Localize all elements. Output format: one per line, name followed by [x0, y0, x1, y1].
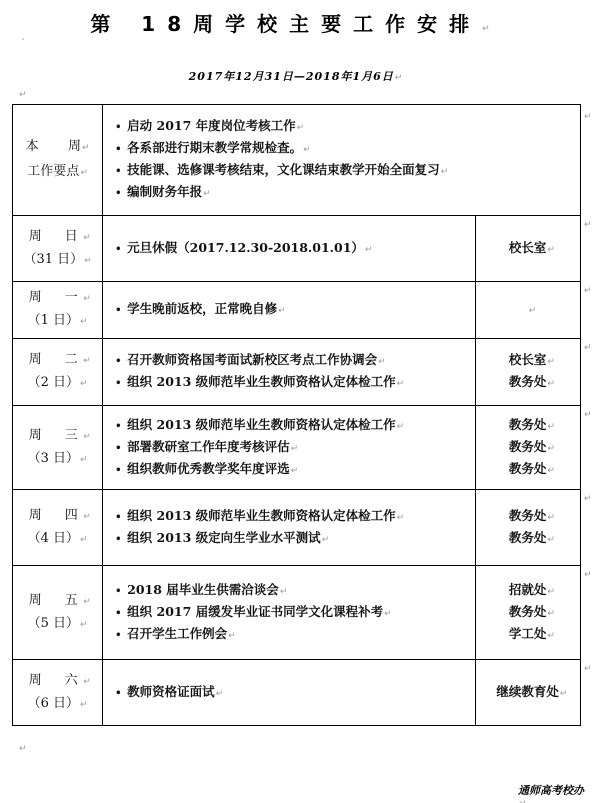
paragraph-mark-icon: ↵	[547, 444, 555, 454]
paragraph-mark-icon: ↵	[83, 294, 91, 304]
paragraph-mark-icon: ↵	[529, 306, 537, 316]
paragraph-mark-icon: ↵	[83, 432, 91, 442]
summary-item: •启动 2017 年度岗位考核工作↵	[115, 116, 580, 138]
paragraph-mark-icon: ↵	[397, 513, 405, 523]
date-label: （6 日）↵	[13, 693, 102, 716]
paragraph-mark-icon: ↵	[584, 220, 592, 230]
summary-item-text: 启动 2017 年度岗位考核工作	[127, 118, 296, 133]
dept-cell: 继续教育处↵	[475, 660, 580, 726]
task-text: 组织 2013 级定向生学业水平测试	[127, 530, 321, 545]
date-range-text: 2017年12月31日—2018年1月6日	[189, 70, 394, 83]
weekday-char: 周	[24, 505, 46, 527]
title-text: 第 18周学校主要工作安排	[90, 12, 481, 36]
bullet-icon: •	[115, 184, 127, 203]
dept-text: 教务处	[509, 508, 547, 523]
dept-text: 招就处	[509, 582, 547, 597]
summary-label-text: 工作要点	[27, 164, 79, 179]
dept-text: 教务处	[509, 604, 547, 619]
weekday-char: 周	[24, 226, 46, 248]
dept-item: 教务处↵	[476, 602, 580, 624]
weekday-label: 周一↵	[13, 287, 102, 310]
bullet-icon: •	[115, 461, 127, 480]
paragraph-mark-icon: ↵	[83, 597, 91, 607]
paragraph-mark-icon: ↵	[80, 620, 88, 630]
paragraph-mark-icon: ↵	[547, 535, 555, 545]
weekday-char: 四	[60, 505, 82, 527]
paragraph-mark-icon: ↵	[80, 379, 88, 389]
weekday-label: 周二↵	[13, 349, 102, 372]
paragraph-mark-icon: ↵	[19, 744, 27, 754]
weekday-char: 周	[24, 349, 46, 371]
paragraph-mark-icon: ↵	[378, 357, 386, 367]
day-label-cell: 周五↵ （5 日）↵	[13, 566, 103, 660]
paragraph-mark-icon: ↵	[80, 317, 88, 327]
paragraph-mark-icon: ↵	[80, 168, 88, 178]
task-text: 组织教师优秀教学奖年度评选	[127, 461, 290, 476]
summary-label-line1: 本 周↵	[26, 135, 90, 160]
task-item: •召开学生工作例会↵	[115, 624, 475, 646]
task-item: •组织 2013 级师范毕业生教师资格认定体检工作↵	[115, 506, 475, 528]
stray-dot	[22, 38, 24, 40]
dept-text: 校长室	[509, 352, 547, 367]
paragraph-mark-icon: ↵	[84, 256, 92, 266]
bullet-icon: •	[115, 626, 127, 645]
dept-text: 教务处	[509, 530, 547, 545]
task-item: •元旦休假（2017.12.30-2018.01.01）↵	[115, 238, 475, 260]
summary-label-line2: 工作要点↵	[13, 160, 102, 185]
weekday-char: 二	[60, 349, 82, 371]
dept-cell: 校长室↵ 教务处↵	[475, 339, 580, 406]
paragraph-mark-icon: ↵	[291, 444, 299, 454]
bullet-icon: •	[115, 439, 127, 458]
task-text: 元旦休假（2017.12.30-2018.01.01）	[127, 240, 364, 255]
weekday-char: 日	[60, 226, 82, 248]
paragraph-mark-icon: ↵	[547, 609, 555, 619]
summary-item: •技能课、选修课考核结束，文化课结束教学开始全面复习↵	[115, 160, 580, 182]
paragraph-mark-icon: ↵	[280, 587, 288, 597]
date-text: （5 日）	[28, 616, 79, 631]
dept-text: 教务处	[509, 439, 547, 454]
paragraph-mark-icon: ↵	[441, 167, 449, 177]
dept-cell: ↵	[475, 282, 580, 339]
task-text: 组织 2013 级师范毕业生教师资格认定体检工作	[127, 417, 396, 432]
task-text: 组织 2013 级师范毕业生教师资格认定体检工作	[127, 508, 396, 523]
task-item: •组织 2013 级师范毕业生教师资格认定体检工作↵	[115, 372, 475, 394]
bullet-icon: •	[115, 604, 127, 623]
task-item: •召开教师资格国考面试新校区考点工作协调会↵	[115, 350, 475, 372]
bullet-icon: •	[115, 301, 127, 320]
summary-label-char: 周	[68, 139, 81, 154]
task-text: 2018 届毕业生供需洽谈会	[127, 582, 279, 597]
task-item: •组织教师优秀教学奖年度评选↵	[115, 459, 475, 481]
bullet-icon: •	[115, 417, 127, 436]
day-label-cell: 周四↵ （4 日）↵	[13, 490, 103, 566]
paragraph-mark-icon: ↵	[584, 343, 592, 353]
paragraph-mark-icon: ↵	[303, 145, 311, 155]
summary-label-cell: 本 周↵ 工作要点↵	[13, 105, 103, 216]
paragraph-mark-icon: ↵	[584, 570, 592, 580]
task-item: •2018 届毕业生供需洽谈会↵	[115, 580, 475, 602]
bullet-icon: •	[115, 352, 127, 371]
task-cell: •学生晚前返校，正常晚自修↵	[103, 282, 476, 339]
paragraph-mark-icon: ↵	[584, 286, 592, 296]
dept-cell: 校长室↵	[475, 216, 580, 282]
weekday-char: 六	[60, 670, 82, 692]
weekday-char: 周	[24, 670, 46, 692]
weekday-label: 周三↵	[13, 425, 102, 448]
paragraph-mark-icon: ↵	[384, 609, 392, 619]
paragraph-mark-icon: ↵	[80, 535, 88, 545]
summary-item-text: 技能课、选修课考核结束，文化课结束教学开始全面复习	[127, 162, 440, 177]
date-label: （2 日）↵	[13, 372, 102, 395]
task-text: 学生晚前返校，正常晚自修	[127, 301, 277, 316]
date-label: （1 日）↵	[13, 310, 102, 333]
bullet-icon: •	[115, 162, 127, 181]
date-label: （5 日）↵	[13, 613, 102, 636]
weekday-label: 周日↵	[13, 226, 102, 249]
paragraph-mark-icon: ↵	[80, 455, 88, 465]
paragraph-mark-icon: ↵	[482, 24, 502, 34]
summary-item: •各系部进行期末教学常规检查。↵	[115, 138, 580, 160]
day-row-monday: 周一↵ （1 日）↵ •学生晚前返校，正常晚自修↵ ↵	[13, 282, 581, 339]
dept-text: 教务处	[509, 461, 547, 476]
task-item: •组织 2017 届缓发毕业证书同学文化课程补考↵	[115, 602, 475, 624]
date-label: （4 日）↵	[13, 528, 102, 551]
bullet-icon: •	[115, 240, 127, 259]
date-text: （6 日）	[28, 696, 79, 711]
dept-item: 继续教育处↵	[476, 682, 580, 704]
day-label-cell: 周六↵ （6 日）↵	[13, 660, 103, 726]
day-label-cell: 周二↵ （2 日）↵	[13, 339, 103, 406]
paragraph-mark-icon: ↵	[547, 587, 555, 597]
day-row-saturday: 周六↵ （6 日）↵ •教师资格证面试↵ 继续教育处↵	[13, 660, 581, 726]
paragraph-mark-icon: ↵	[584, 494, 592, 504]
summary-item-text: 编制财务年报	[127, 184, 202, 199]
task-item: •部署教研室工作年度考核评估↵	[115, 437, 475, 459]
task-text: 召开教师资格国考面试新校区考点工作协调会	[127, 352, 377, 367]
paragraph-mark-icon: ↵	[83, 233, 91, 243]
paragraph-mark-icon: ↵	[519, 799, 527, 803]
task-cell: •召开教师资格国考面试新校区考点工作协调会↵ •组织 2013 级师范毕业生教师…	[103, 339, 476, 406]
paragraph-mark-icon: ↵	[397, 422, 405, 432]
paragraph-mark-icon: ↵	[547, 513, 555, 523]
date-text: （3 日）	[28, 451, 79, 466]
summary-items-cell: •启动 2017 年度岗位考核工作↵ •各系部进行期末教学常规检查。↵ •技能课…	[103, 105, 581, 216]
day-row-tuesday: 周二↵ （2 日）↵ •召开教师资格国考面试新校区考点工作协调会↵ •组织 20…	[13, 339, 581, 406]
paragraph-mark-icon: ↵	[216, 689, 224, 699]
day-label-cell: 周三↵ （3 日）↵	[13, 406, 103, 490]
weekday-char: 三	[60, 425, 82, 447]
dept-text: 教务处	[509, 417, 547, 432]
task-item: •教师资格证面试↵	[115, 682, 475, 704]
summary-item: •编制财务年报↵	[115, 182, 580, 204]
date-label: （31 日）↵	[13, 249, 102, 272]
paragraph-mark-icon: ↵	[547, 422, 555, 432]
paragraph-mark-icon: ↵	[584, 112, 592, 122]
day-row-wednesday: 周三↵ （3 日）↵ •组织 2013 级师范毕业生教师资格认定体检工作↵ •部…	[13, 406, 581, 490]
paragraph-mark-icon: ↵	[547, 466, 555, 476]
paragraph-mark-icon: ↵	[228, 631, 236, 641]
dept-item: 学工处↵	[476, 624, 580, 646]
paragraph-mark-icon: ↵	[19, 90, 27, 100]
weekday-char: 周	[24, 590, 46, 612]
bullet-icon: •	[115, 530, 127, 549]
weekday-char: 周	[24, 287, 46, 309]
dept-item: 教务处↵	[476, 506, 580, 528]
task-cell: •组织 2013 级师范毕业生教师资格认定体检工作↵ •组织 2013 级定向生…	[103, 490, 476, 566]
dept-item: 教务处↵	[476, 528, 580, 550]
task-item: •组织 2013 级定向生学业水平测试↵	[115, 528, 475, 550]
summary-item-text: 各系部进行期末教学常规检查。	[127, 140, 302, 155]
paragraph-mark-icon: ↵	[278, 306, 286, 316]
day-row-sunday: 周日↵ （31 日）↵ •元旦休假（2017.12.30-2018.01.01）…	[13, 216, 581, 282]
schedule-table: 本 周↵ 工作要点↵ •启动 2017 年度岗位考核工作↵ •各系部进行期末教学…	[12, 104, 581, 726]
dept-item: 教务处↵	[476, 459, 580, 481]
signature-text: 通师高考校办	[518, 784, 584, 797]
bullet-icon: •	[115, 118, 127, 137]
date-text: （1 日）	[28, 313, 79, 328]
date-label: （3 日）↵	[13, 448, 102, 471]
task-text: 教师资格证面试	[127, 684, 215, 699]
paragraph-mark-icon: ↵	[365, 245, 373, 255]
paragraph-mark-icon: ↵	[83, 356, 91, 366]
dept-item: 招就处↵	[476, 580, 580, 602]
paragraph-mark-icon: ↵	[560, 689, 568, 699]
paragraph-mark-icon: ↵	[547, 245, 555, 255]
paragraph-mark-icon: ↵	[297, 123, 305, 133]
bullet-icon: •	[115, 140, 127, 159]
task-cell: •2018 届毕业生供需洽谈会↵ •组织 2017 届缓发毕业证书同学文化课程补…	[103, 566, 476, 660]
task-text: 组织 2017 届缓发毕业证书同学文化课程补考	[127, 604, 383, 619]
task-cell: •组织 2013 级师范毕业生教师资格认定体检工作↵ •部署教研室工作年度考核评…	[103, 406, 476, 490]
paragraph-mark-icon: ↵	[82, 143, 90, 153]
bullet-icon: •	[115, 508, 127, 527]
dept-cell: 教务处↵ 教务处↵ 教务处↵	[475, 406, 580, 490]
paragraph-mark-icon: ↵	[291, 466, 299, 476]
day-row-friday: 周五↵ （5 日）↵ •2018 届毕业生供需洽谈会↵ •组织 2017 届缓发…	[13, 566, 581, 660]
task-text: 部署教研室工作年度考核评估	[127, 439, 290, 454]
task-cell: •元旦休假（2017.12.30-2018.01.01）↵	[103, 216, 476, 282]
bullet-icon: •	[115, 374, 127, 393]
summary-row: 本 周↵ 工作要点↵ •启动 2017 年度岗位考核工作↵ •各系部进行期末教学…	[13, 105, 581, 216]
paragraph-mark-icon: ↵	[397, 379, 405, 389]
bullet-icon: •	[115, 684, 127, 703]
paragraph-mark-icon: ↵	[80, 700, 88, 710]
weekday-char: 五	[60, 590, 82, 612]
dept-item: 教务处↵	[476, 415, 580, 437]
summary-label-char: 本	[26, 135, 39, 160]
day-row-thursday: 周四↵ （4 日）↵ •组织 2013 级师范毕业生教师资格认定体检工作↵ •组…	[13, 490, 581, 566]
paragraph-mark-icon: ↵	[395, 73, 404, 83]
dept-item: ↵	[476, 299, 580, 321]
paragraph-mark-icon: ↵	[547, 631, 555, 641]
date-text: （2 日）	[28, 375, 79, 390]
date-text: （4 日）	[28, 531, 79, 546]
task-text: 召开学生工作例会	[127, 626, 227, 641]
dept-item: 校长室↵	[476, 350, 580, 372]
weekday-label: 周五↵	[13, 590, 102, 613]
paragraph-mark-icon: ↵	[203, 189, 211, 199]
date-text: （31 日）	[23, 252, 83, 267]
paragraph-mark-icon: ↵	[83, 677, 91, 687]
date-range: 2017年12月31日—2018年1月6日↵	[0, 68, 592, 84]
day-label-cell: 周一↵ （1 日）↵	[13, 282, 103, 339]
dept-text: 校长室	[509, 240, 547, 255]
weekday-char: 周	[24, 425, 46, 447]
paragraph-mark-icon: ↵	[83, 512, 91, 522]
weekday-label: 周四↵	[13, 505, 102, 528]
weekday-label: 周六↵	[13, 670, 102, 693]
task-text: 组织 2013 级师范毕业生教师资格认定体检工作	[127, 374, 396, 389]
dept-text: 教务处	[509, 374, 547, 389]
weekday-char: 一	[60, 287, 82, 309]
paragraph-mark-icon: ↵	[547, 357, 555, 367]
document-title: 第 18周学校主要工作安排↵	[0, 8, 592, 37]
paragraph-mark-icon: ↵	[547, 379, 555, 389]
bullet-icon: •	[115, 582, 127, 601]
dept-item: 教务处↵	[476, 437, 580, 459]
dept-text: 学工处	[509, 626, 547, 641]
paragraph-mark-icon: ↵	[584, 664, 592, 674]
signature: 通师高考校办↵	[518, 785, 592, 803]
task-item: •组织 2013 级师范毕业生教师资格认定体检工作↵	[115, 415, 475, 437]
dept-cell: 教务处↵ 教务处↵	[475, 490, 580, 566]
task-cell: •教师资格证面试↵	[103, 660, 476, 726]
paragraph-mark-icon: ↵	[322, 535, 330, 545]
dept-item: 教务处↵	[476, 372, 580, 394]
dept-cell: 招就处↵ 教务处↵ 学工处↵	[475, 566, 580, 660]
dept-item: 校长室↵	[476, 238, 580, 260]
task-item: •学生晚前返校，正常晚自修↵	[115, 299, 475, 321]
day-label-cell: 周日↵ （31 日）↵	[13, 216, 103, 282]
paragraph-mark-icon: ↵	[584, 410, 592, 420]
dept-text: 继续教育处	[496, 684, 559, 699]
